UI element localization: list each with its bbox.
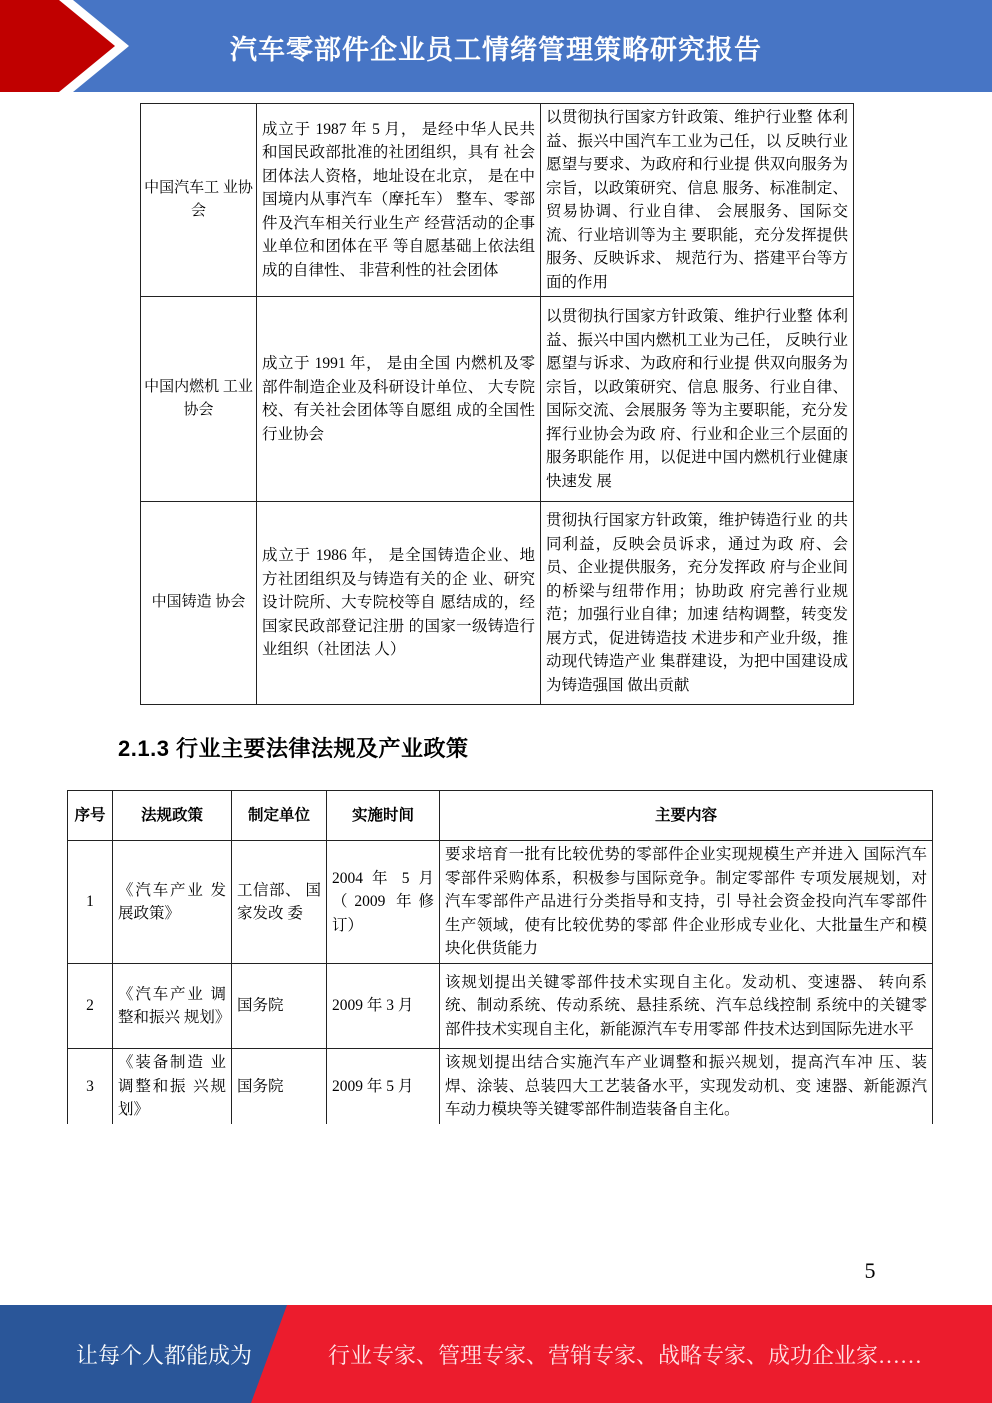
policy-num-cell: 1: [68, 841, 113, 964]
column-header: 法规政策: [113, 791, 232, 841]
association-name-cell: 中国内燃机 工业协会: [141, 297, 257, 502]
association-table: 中国汽车工 业协会 成立于 1987 年 5 月， 是经中华人民共和国民政部批准…: [140, 103, 854, 705]
table-row: 中国铸造 协会 成立于 1986 年， 是全国铸造企业、地方社团组织及与铸造有关…: [141, 502, 854, 705]
policy-table: 序号 法规政策 制定单位 实施时间 主要内容 1 《汽车产业 发展政策》 工信部…: [67, 790, 933, 1124]
policy-maker-cell: 国务院: [232, 964, 327, 1049]
footer-slogan-right: 行业专家、管理专家、营销专家、战略专家、成功企业家……: [328, 1305, 988, 1403]
column-header: 序号: [68, 791, 113, 841]
section-heading: 2.1.3 行业主要法律法规及产业政策: [118, 732, 469, 763]
association-name-cell: 中国铸造 协会: [141, 502, 257, 705]
policy-name-cell: 《汽车产业 发展政策》: [113, 841, 232, 964]
policy-num-cell: 3: [68, 1049, 113, 1124]
policy-date-cell: 2004 年 5 月 （2009 年修订）: [327, 841, 440, 964]
column-header: 主要内容: [440, 791, 933, 841]
footer-slogan-left: 让每个人都能成为: [0, 1305, 252, 1403]
report-title: 汽车零部件企业员工情绪管理策略研究报告: [0, 0, 992, 92]
policy-maker-cell: 工信部、 国家发改 委: [232, 841, 327, 964]
policy-num-cell: 2: [68, 964, 113, 1049]
policy-content-cell: 要求培育一批有比较优势的零部件企业实现规模生产并进入 国际汽车零部件采购体系，积…: [440, 841, 933, 964]
policy-date-cell: 2009 年 3 月: [327, 964, 440, 1049]
policy-name-cell: 《装备制造 业调整和振 兴规划》: [113, 1049, 232, 1124]
association-function-cell: 贯彻执行国家方针政策，维护铸造行业 的共同利益，反映会员诉求，通过为政 府、会员…: [541, 502, 854, 705]
table-row: 中国内燃机 工业协会 成立于 1991 年， 是由全国 内燃机及零部件制造企业及…: [141, 297, 854, 502]
association-description-cell: 成立于 1987 年 5 月， 是经中华人民共和国民政部批准的社团组织，具有 社…: [257, 104, 541, 297]
policy-maker-cell: 国务院: [232, 1049, 327, 1124]
association-function-cell: 以贯彻执行国家方针政策、维护行业整 体利益、振兴中国汽车工业为己任，以 反映行业…: [541, 104, 854, 297]
association-name-cell: 中国汽车工 业协会: [141, 104, 257, 297]
policy-content-cell: 该规划提出结合实施汽车产业调整和振兴规划，提高汽车冲 压、装焊、涂装、总装四大工…: [440, 1049, 933, 1124]
association-function-cell: 以贯彻执行国家方针政策、维护行业整 体利益、振兴中国内燃机工业为己任， 反映行业…: [541, 297, 854, 502]
table-row: 2 《汽车产业 调整和振兴 规划》 国务院 2009 年 3 月 该规划提出关键…: [68, 964, 933, 1049]
policy-date-cell: 2009 年 5 月: [327, 1049, 440, 1124]
table-row: 3 《装备制造 业调整和振 兴规划》 国务院 2009 年 5 月 该规划提出结…: [68, 1049, 933, 1124]
policy-content-cell: 该规划提出关键零部件技术实现自主化。发动机、变速器、 转向系统、制动系统、传动系…: [440, 964, 933, 1049]
page-header: 汽车零部件企业员工情绪管理策略研究报告: [0, 0, 992, 92]
page-number: 5: [855, 1258, 885, 1284]
association-description-cell: 成立于 1991 年， 是由全国 内燃机及零部件制造企业及科研设计单位、 大专院…: [257, 297, 541, 502]
table-header-row: 序号 法规政策 制定单位 实施时间 主要内容: [68, 791, 933, 841]
table-row: 1 《汽车产业 发展政策》 工信部、 国家发改 委 2004 年 5 月 （20…: [68, 841, 933, 964]
table-row: 中国汽车工 业协会 成立于 1987 年 5 月， 是经中华人民共和国民政部批准…: [141, 104, 854, 297]
association-description-cell: 成立于 1986 年， 是全国铸造企业、地方社团组织及与铸造有关的企 业、研究设…: [257, 502, 541, 705]
page-footer: 让每个人都能成为 行业专家、管理专家、营销专家、战略专家、成功企业家……: [0, 1305, 992, 1403]
column-header: 实施时间: [327, 791, 440, 841]
policy-name-cell: 《汽车产业 调整和振兴 规划》: [113, 964, 232, 1049]
column-header: 制定单位: [232, 791, 327, 841]
